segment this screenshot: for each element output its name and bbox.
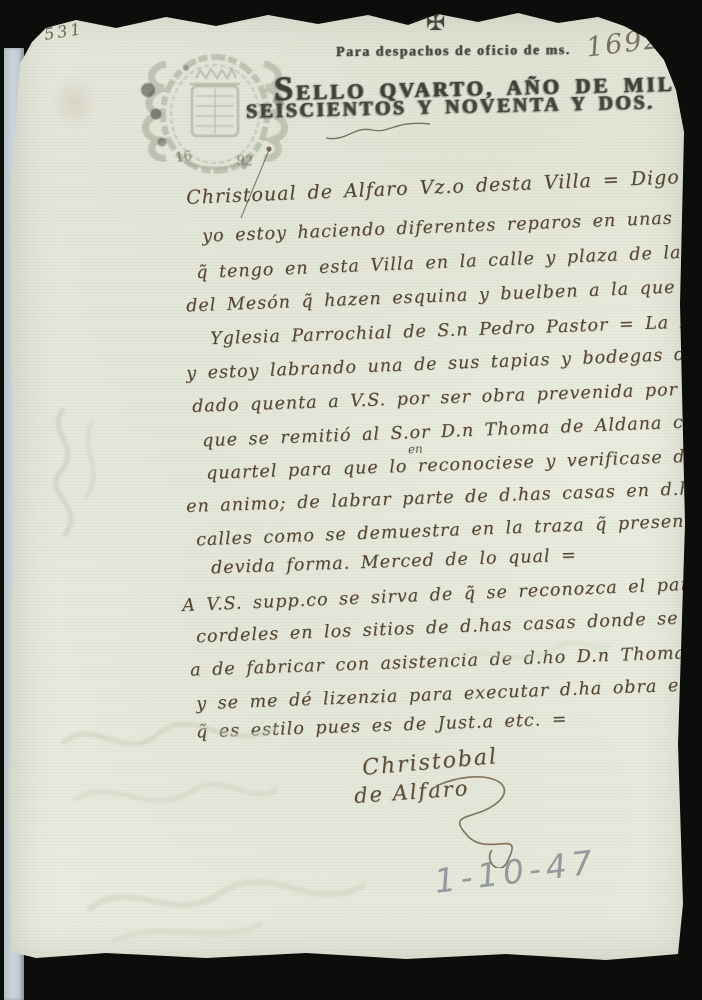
manuscript-line: Yglesia Parrochial de S.n Pedro Pastor =… [210, 311, 702, 349]
manuscript-line: q̃ tengo en esta Villa en la calle y pla… [196, 239, 702, 283]
show-through-mark [54, 704, 284, 844]
show-through-stain [50, 74, 98, 132]
ink-flourish [324, 118, 434, 144]
manuscript-line: devida forma. Merced de lo qual = [211, 546, 577, 579]
manuscript-line: calles como se demuestra en la traza q̃ … [196, 510, 702, 551]
manuscript-line: dado quenta a V.S. por ser obra prevenid… [192, 377, 702, 417]
handwritten-year: 1692 [584, 23, 664, 63]
show-through-mark [434, 622, 614, 692]
manuscript-line: quartel para que lo reconociese y verifi… [206, 444, 702, 484]
seal-year-left: 16 [174, 149, 192, 166]
stamp-office-line: Para despachos de oficio de ms. [336, 43, 571, 61]
interlinear-correction: en [408, 442, 424, 457]
show-through-mark [34, 402, 118, 552]
cross-icon: ✠ [426, 10, 445, 36]
manuscript-line: en animo; de labrar parte de d.has casas… [186, 477, 702, 517]
manuscript-line: que se remitió al S.or D.n Thoma de Alda… [202, 409, 702, 451]
folio-number: 531 [43, 19, 85, 44]
scanned-document-page: 531 ✠ 1692 Para despachos de oficio de m… [0, 0, 702, 1000]
show-through-mark [82, 850, 372, 954]
paper-sheet: 531 ✠ 1692 Para despachos de oficio de m… [6, 4, 694, 966]
manuscript-line: A V.S. supp.co se sirva de q̃ se reconoz… [182, 572, 702, 616]
manuscript-line: yo estoy haciendo diferentes reparos en … [202, 205, 702, 246]
